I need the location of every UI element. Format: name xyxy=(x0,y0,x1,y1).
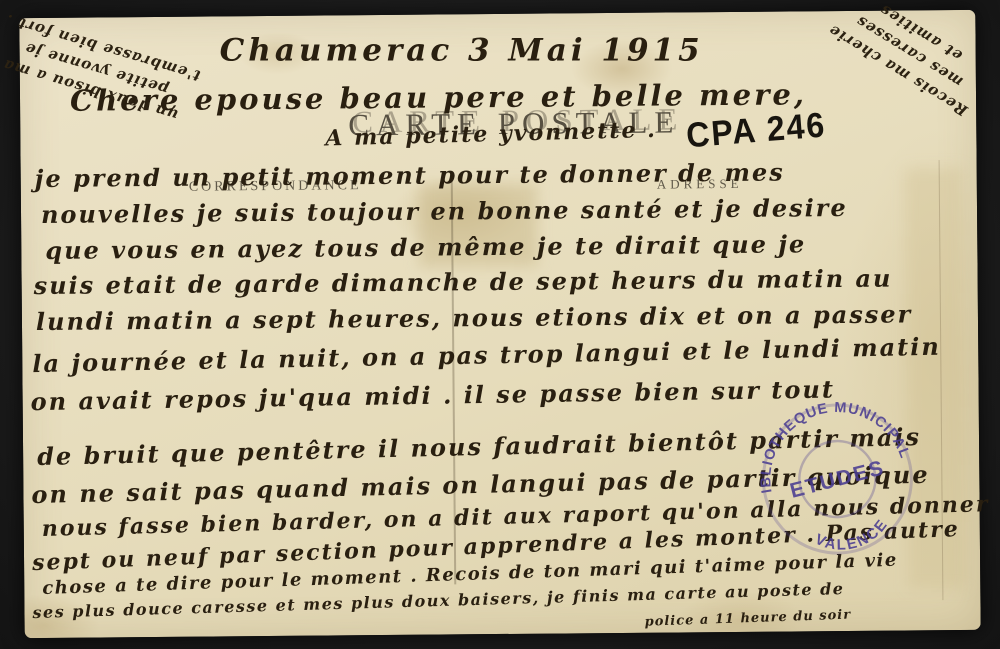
margin-note-top-right: Recois ma cherie mes caresses et amities xyxy=(807,0,1000,131)
handwriting-line: suis etait de garde dimanche de sept heu… xyxy=(34,264,893,300)
handwriting-line: nouvelles je suis toujour en bonne santé… xyxy=(41,193,848,229)
handwriting-line: la journée et la nuit, on a pas trop lan… xyxy=(32,332,941,378)
dateline: Chaumerac 3 Mai 1915 xyxy=(220,32,704,68)
postcard: CARTE POSTALE CORRESPONDANCE ADRESSE CPA… xyxy=(19,10,980,638)
handwriting-line: on avait repos ju'qua midi . il se passe… xyxy=(30,374,835,416)
closing-line: police a 11 heure du soir xyxy=(644,608,851,630)
handwriting-line: que vous en ayez tous de même je te dira… xyxy=(45,229,806,265)
handwriting-line: lundi matin a sept heures, nous etions d… xyxy=(36,299,913,336)
postcard-scan: CARTE POSTALE CORRESPONDANCE ADRESSE CPA… xyxy=(0,0,1000,649)
catalog-mark: CPA 246 xyxy=(685,105,828,156)
